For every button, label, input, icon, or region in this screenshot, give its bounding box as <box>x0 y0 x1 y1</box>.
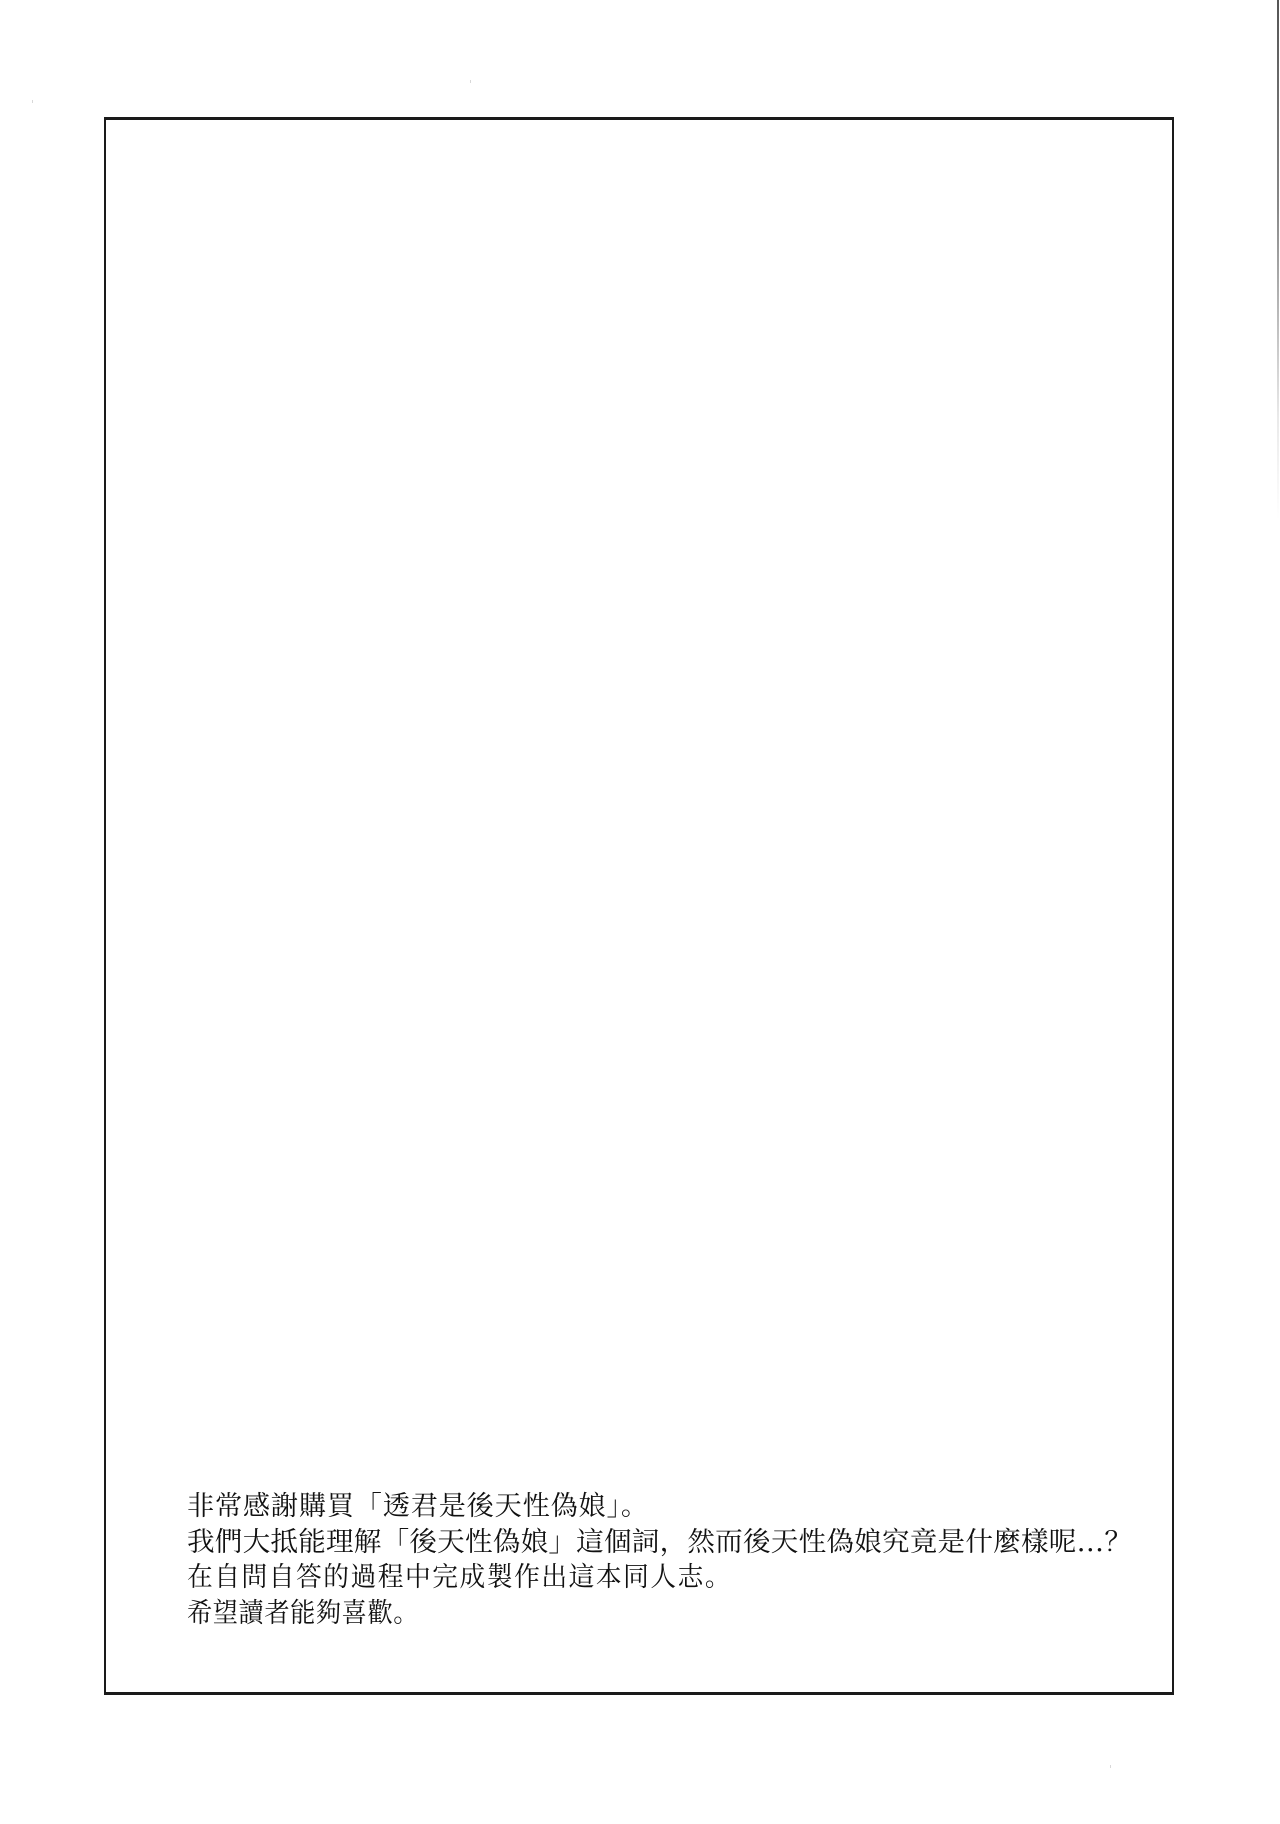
afterword-line-1: 非常感謝購買「透君是後天性偽娘」。 <box>187 1489 1117 1525</box>
scan-speck <box>1110 1765 1111 1768</box>
scan-speck <box>470 80 471 83</box>
page-frame <box>104 117 1174 1695</box>
scan-speck <box>32 100 33 103</box>
scan-edge-line <box>1277 0 1279 520</box>
afterword-line-3: 在自問自答的過程中完成製作出這本同人志。 <box>187 1560 1068 1596</box>
afterword-text-block: 非常感謝購買「透君是後天性偽娘」。 我們大抵能理解「後天性偽娘」這個詞，然而後天… <box>187 1489 1112 1631</box>
afterword-line-4: 希望讀者能夠喜歡。 <box>187 1596 1051 1632</box>
afterword-line-2: 我們大抵能理解「後天性偽娘」這個詞，然而後天性偽娘究竟是什麼樣呢…？ <box>187 1525 1132 1561</box>
